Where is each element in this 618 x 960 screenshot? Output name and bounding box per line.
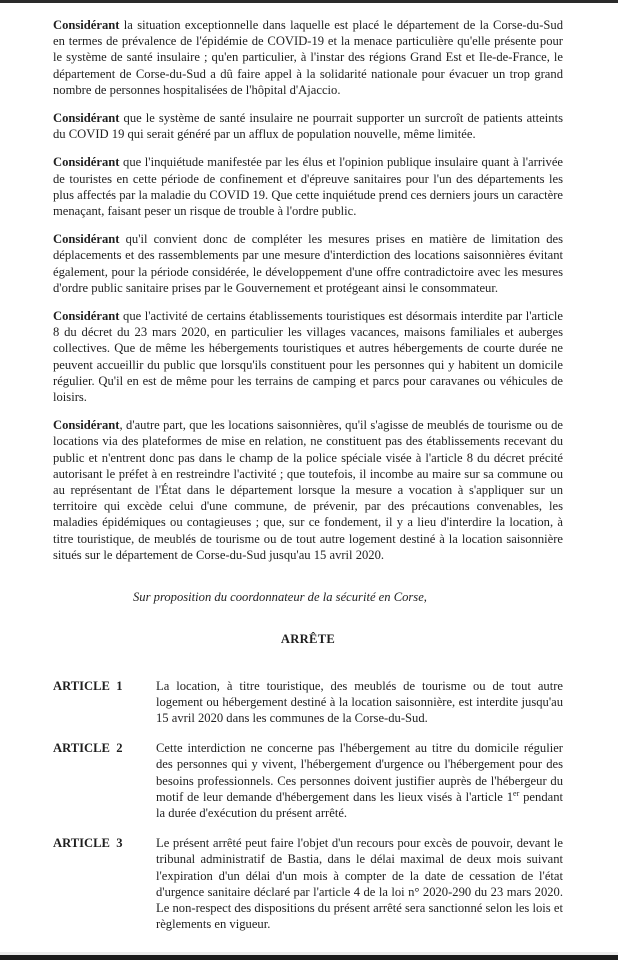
considerant-paragraph-1: Considérant la situation exceptionnelle …	[53, 17, 563, 98]
article-text-part: Cette interdiction ne concerne pas l'héb…	[156, 741, 563, 804]
article-body: Cette interdiction ne concerne pas l'héb…	[156, 740, 563, 821]
article-label: ARTICLE 1	[53, 678, 156, 727]
article-label: ARTICLE 3	[53, 835, 156, 932]
considerant-lead: Considérant	[53, 18, 119, 32]
considerant-text: , d'autre part, que les locations saison…	[53, 418, 563, 562]
considerant-paragraph-2: Considérant que le système de santé insu…	[53, 110, 563, 142]
considerant-text: la situation exceptionnelle dans laquell…	[53, 18, 563, 97]
considerant-paragraph-5: Considérant que l'activité de certains é…	[53, 308, 563, 405]
article-label: ARTICLE 2	[53, 740, 156, 821]
considerant-text: que l'activité de certains établissement…	[53, 309, 563, 404]
considerant-paragraph-4: Considérant qu'il convient donc de compl…	[53, 231, 563, 296]
considerant-lead: Considérant	[53, 155, 119, 169]
article-body: La location, à titre touristique, des me…	[156, 678, 563, 727]
proposal-line: Sur proposition du coordonnateur de la s…	[133, 589, 563, 605]
article-1: ARTICLE 1 La location, à titre touristiq…	[53, 678, 563, 727]
considerant-paragraph-3: Considérant que l'inquiétude manifestée …	[53, 154, 563, 219]
document-page: Considérant la situation exceptionnelle …	[53, 17, 563, 946]
decree-title: ARRÊTE	[53, 631, 563, 647]
considerant-lead: Considérant	[53, 111, 119, 125]
considerant-text: que l'inquiétude manifestée par les élus…	[53, 155, 563, 218]
considerant-lead: Considérant	[53, 232, 119, 246]
article-2: ARTICLE 2 Cette interdiction ne concerne…	[53, 740, 563, 821]
bottom-edge-bar	[0, 955, 618, 960]
article-3: ARTICLE 3 Le présent arrêté peut faire l…	[53, 835, 563, 932]
top-edge-bar	[0, 0, 618, 3]
considerant-text: qu'il convient donc de compléter les mes…	[53, 232, 563, 295]
considerant-text: que le système de santé insulaire ne pou…	[53, 111, 563, 141]
considerant-lead: Considérant	[53, 418, 119, 432]
considerant-paragraph-6: Considérant, d'autre part, que les locat…	[53, 417, 563, 563]
considerant-lead: Considérant	[53, 309, 119, 323]
article-body: Le présent arrêté peut faire l'objet d'u…	[156, 835, 563, 932]
